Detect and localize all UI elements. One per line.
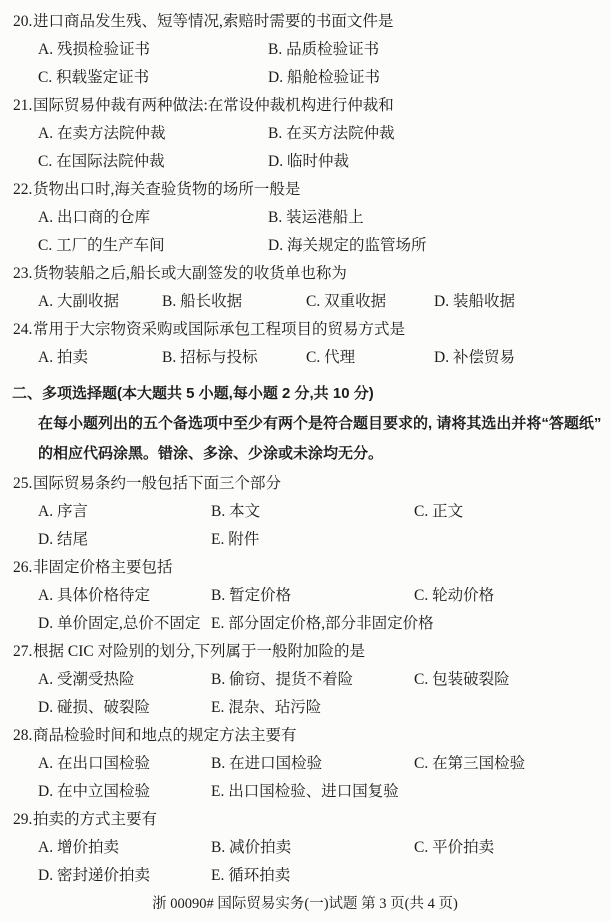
option-d: D. 船舱检验证书 — [268, 64, 380, 92]
option-b: B. 招标与投标 — [162, 344, 258, 372]
question-24-options-row: A. 拍卖 B. 招标与投标 C. 代理 D. 补偿贸易 — [0, 344, 610, 372]
option-c: C. 工厂的生产车间 — [38, 232, 165, 260]
question-26-stem: 26. 非固定价格主要包括 — [0, 554, 610, 582]
option-e: E. 混杂、玷污险 — [211, 694, 321, 722]
question-20-options-row-2: C. 积载鉴定证书 D. 船舱检验证书 — [0, 64, 610, 92]
question-number: 20. — [13, 8, 32, 36]
footer-text: 浙 00090# 国际贸易实务(一)试题 第 3 页(共 4 页) — [152, 896, 458, 912]
question-number: 22. — [13, 176, 32, 204]
option-b: B. 在买方法院仲裁 — [268, 120, 395, 148]
question-number: 24. — [13, 316, 32, 344]
option-b: B. 暂定价格 — [211, 582, 291, 610]
question-27-options-row-2: D. 碰损、破裂险 E. 混杂、玷污险 — [0, 694, 610, 722]
option-e: E. 部分固定价格,部分非固定价格 — [211, 610, 434, 638]
option-c: C. 在国际法院仲裁 — [38, 148, 165, 176]
option-d: D. 单价固定,总价不固定 — [38, 610, 200, 638]
instructions-text: 在每小题列出的五个备选项中至少有两个是符合题目要求的, 请将其选出并将“答题纸” — [38, 410, 601, 438]
question-number: 23. — [13, 260, 32, 288]
option-a: A. 在卖方法院仲裁 — [38, 120, 165, 148]
option-e: E. 附件 — [211, 526, 259, 554]
option-c: C. 代理 — [306, 344, 355, 372]
option-c: C. 积载鉴定证书 — [38, 64, 149, 92]
option-a: A. 增价拍卖 — [38, 834, 119, 862]
question-28-stem: 28. 商品检验时间和地点的规定方法主要有 — [0, 722, 610, 750]
option-a: A. 出口商的仓库 — [38, 204, 150, 232]
question-stem-text: 拍卖的方式主要有 — [33, 806, 157, 834]
option-c: C. 轮动价格 — [414, 582, 494, 610]
question-number: 25. — [13, 470, 32, 498]
option-c: C. 在第三国检验 — [414, 750, 525, 778]
option-c: C. 正文 — [414, 498, 463, 526]
option-b: B. 本文 — [211, 498, 260, 526]
question-28-options-row-2: D. 在中立国检验 E. 出口国检验、进口国复验 — [0, 778, 610, 806]
section-2-title: 二、多项选择题(本大题共 5 小题,每小题 2 分,共 10 分) — [0, 380, 610, 408]
question-20-options-row-1: A. 残损检验证书 B. 品质检验证书 — [0, 36, 610, 64]
instructions-text: 的相应代码涂黑。错涂、多涂、少涂或未涂均无分。 — [38, 440, 383, 468]
question-27-options-row-1: A. 受潮受热险 B. 偷窃、提货不着险 C. 包装破裂险 — [0, 666, 610, 694]
question-23-options-row: A. 大副收据 B. 船长收据 C. 双重收据 D. 装船收据 — [0, 288, 610, 316]
question-20-stem: 20. 进口商品发生残、短等情况,索赔时需要的书面文件是 — [0, 8, 610, 36]
question-number: 29. — [13, 806, 32, 834]
option-d: D. 碰损、破裂险 — [38, 694, 150, 722]
option-d: D. 海关规定的监管场所 — [268, 232, 426, 260]
option-b: B. 在进口国检验 — [211, 750, 322, 778]
section-title-text: 二、多项选择题(本大题共 5 小题,每小题 2 分,共 10 分) — [12, 380, 374, 408]
option-a: A. 拍卖 — [38, 344, 88, 372]
question-stem-text: 国际贸易条约一般包括下面三个部分 — [33, 470, 281, 498]
question-stem-text: 商品检验时间和地点的规定方法主要有 — [33, 722, 297, 750]
option-a: A. 在出口国检验 — [38, 750, 150, 778]
question-22-stem: 22. 货物出口时,海关查验货物的场所一般是 — [0, 176, 610, 204]
question-26-options-row-2: D. 单价固定,总价不固定 E. 部分固定价格,部分非固定价格 — [0, 610, 610, 638]
question-28-options-row-1: A. 在出口国检验 B. 在进口国检验 C. 在第三国检验 — [0, 750, 610, 778]
question-stem-text: 常用于大宗物资采购或国际承包工程项目的贸易方式是 — [33, 316, 405, 344]
question-stem-text: 根据 CIC 对险别的划分,下列属于一般附加险的是 — [33, 638, 365, 666]
option-d: D. 在中立国检验 — [38, 778, 150, 806]
question-stem-text: 货物装船之后,船长或大副签发的收货单也称为 — [33, 260, 347, 288]
question-22-options-row-1: A. 出口商的仓库 B. 装运港船上 — [0, 204, 610, 232]
question-number: 27. — [13, 638, 32, 666]
question-26-options-row-1: A. 具体价格待定 B. 暂定价格 C. 轮动价格 — [0, 582, 610, 610]
section-2-instructions-line-2: 的相应代码涂黑。错涂、多涂、少涂或未涂均无分。 — [0, 440, 610, 468]
question-24-stem: 24. 常用于大宗物资采购或国际承包工程项目的贸易方式是 — [0, 316, 610, 344]
option-b: B. 品质检验证书 — [268, 36, 379, 64]
section-2-instructions-line-1: 在每小题列出的五个备选项中至少有两个是符合题目要求的, 请将其选出并将“答题纸” — [0, 410, 610, 438]
option-d: D. 临时仲裁 — [268, 148, 349, 176]
option-d: D. 装船收据 — [434, 288, 515, 316]
option-b: B. 装运港船上 — [268, 204, 364, 232]
question-21-options-row-2: C. 在国际法院仲裁 D. 临时仲裁 — [0, 148, 610, 176]
option-b: B. 减价拍卖 — [211, 834, 291, 862]
question-29-options-row-1: A. 增价拍卖 B. 减价拍卖 C. 平价拍卖 — [0, 834, 610, 862]
question-number: 28. — [13, 722, 32, 750]
option-b: B. 船长收据 — [162, 288, 242, 316]
option-c: C. 包装破裂险 — [414, 666, 510, 694]
question-25-stem: 25. 国际贸易条约一般包括下面三个部分 — [0, 470, 610, 498]
option-c: C. 双重收据 — [306, 288, 386, 316]
option-e: E. 循环拍卖 — [211, 862, 290, 890]
option-a: A. 具体价格待定 — [38, 582, 150, 610]
question-number: 26. — [13, 554, 32, 582]
option-b: B. 偷窃、提货不着险 — [211, 666, 353, 694]
question-25-options-row-2: D. 结尾 E. 附件 — [0, 526, 610, 554]
option-a: A. 大副收据 — [38, 288, 119, 316]
option-e: E. 出口国检验、进口国复验 — [211, 778, 399, 806]
option-c: C. 平价拍卖 — [414, 834, 494, 862]
question-21-stem: 21. 国际贸易仲裁有两种做法:在常设仲裁机构进行仲裁和 — [0, 92, 610, 120]
exam-page: 20. 进口商品发生残、短等情况,索赔时需要的书面文件是 A. 残损检验证书 B… — [0, 0, 610, 922]
question-25-options-row-1: A. 序言 B. 本文 C. 正文 — [0, 498, 610, 526]
question-stem-text: 非固定价格主要包括 — [33, 554, 173, 582]
question-22-options-row-2: C. 工厂的生产车间 D. 海关规定的监管场所 — [0, 232, 610, 260]
option-a: A. 残损检验证书 — [38, 36, 150, 64]
question-27-stem: 27. 根据 CIC 对险别的划分,下列属于一般附加险的是 — [0, 638, 610, 666]
page-footer: 浙 00090# 国际贸易实务(一)试题 第 3 页(共 4 页) — [0, 890, 610, 918]
question-21-options-row-1: A. 在卖方法院仲裁 B. 在买方法院仲裁 — [0, 120, 610, 148]
option-d: D. 补偿贸易 — [434, 344, 515, 372]
question-stem-text: 国际贸易仲裁有两种做法:在常设仲裁机构进行仲裁和 — [33, 92, 394, 120]
option-a: A. 序言 — [38, 498, 88, 526]
question-stem-text: 进口商品发生残、短等情况,索赔时需要的书面文件是 — [33, 8, 393, 36]
question-29-stem: 29. 拍卖的方式主要有 — [0, 806, 610, 834]
question-stem-text: 货物出口时,海关查验货物的场所一般是 — [33, 176, 300, 204]
question-number: 21. — [13, 92, 32, 120]
question-29-options-row-2: D. 密封递价拍卖 E. 循环拍卖 — [0, 862, 610, 890]
question-23-stem: 23. 货物装船之后,船长或大副签发的收货单也称为 — [0, 260, 610, 288]
option-a: A. 受潮受热险 — [38, 666, 134, 694]
option-d: D. 结尾 — [38, 526, 88, 554]
option-d: D. 密封递价拍卖 — [38, 862, 150, 890]
